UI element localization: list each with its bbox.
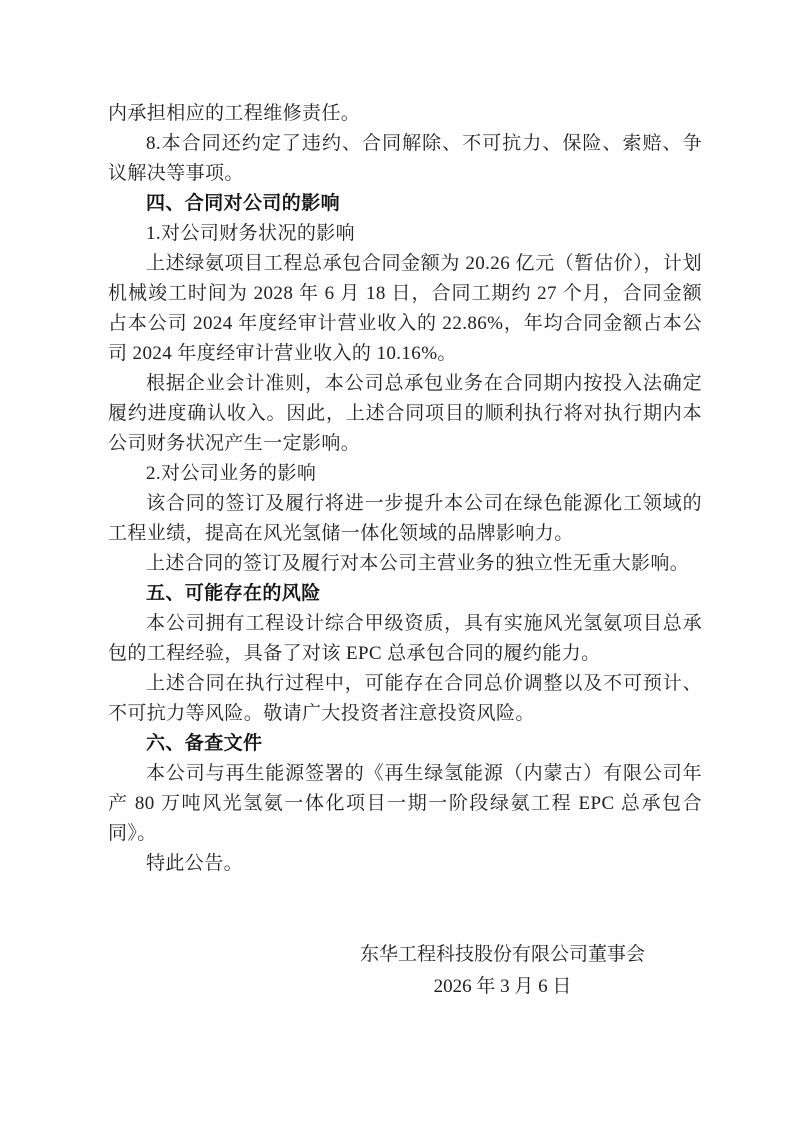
paragraph-accounting-standards-revenue: 根据企业会计准则，本公司总承包业务在合同期内按投入法确定履约进度确认收入。因此，… — [108, 369, 702, 459]
signature-block: 东华工程科技股份有限公司董事会 2026 年 3 月 6 日 — [360, 939, 645, 1003]
section-heading-possible-risks: 五、可能存在的风险 — [108, 579, 702, 609]
paragraph-independence-no-major-impact: 上述合同的签订及履行对本公司主营业务的独立性无重大影响。 — [108, 549, 702, 579]
paragraph-company-qualifications: 本公司拥有工程设计综合甲级资质，具有实施风光氢氨项目总承包的工程经验，具备了对该… — [108, 609, 702, 669]
paragraph-announcement-closing: 特此公告。 — [108, 849, 702, 879]
subheading-impact-on-financial-status: 1.对公司财务状况的影响 — [108, 219, 702, 249]
announcement-document-page: 内承担相应的工程维修责任。 8.本合同还约定了违约、合同解除、不可抗力、保险、索… — [0, 0, 794, 1123]
paragraph-contract-amount-details: 上述绿氨项目工程总承包合同金额为 20.26 亿元（暂估价），计划机械竣工时间为… — [108, 249, 702, 369]
section-heading-contract-impact-on-company: 四、合同对公司的影响 — [108, 189, 702, 219]
signature-date: 2026 年 3 月 6 日 — [360, 971, 645, 1003]
paragraph-maintenance-responsibility-continuation: 内承担相应的工程维修责任。 — [108, 99, 702, 129]
paragraph-contract-other-provisions: 8.本合同还约定了违约、合同解除、不可抗力、保险、索赔、争议解决等事项。 — [108, 129, 702, 189]
paragraph-risk-warning: 上述合同在执行过程中，可能存在合同总价调整以及不可预计、不可抗力等风险。敬请广大… — [108, 669, 702, 729]
signature-company-board: 东华工程科技股份有限公司董事会 — [360, 939, 645, 971]
paragraph-business-brand-influence: 该合同的签订及履行将进一步提升本公司在绿色能源化工领域的工程业绩，提高在风光氢储… — [108, 489, 702, 549]
subheading-impact-on-business: 2.对公司业务的影响 — [108, 459, 702, 489]
paragraph-epc-contract-document: 本公司与再生能源签署的《再生绿氢能源（内蒙古）有限公司年产 80 万吨风光氢氨一… — [108, 759, 702, 849]
section-heading-reference-documents: 六、备查文件 — [108, 729, 702, 759]
